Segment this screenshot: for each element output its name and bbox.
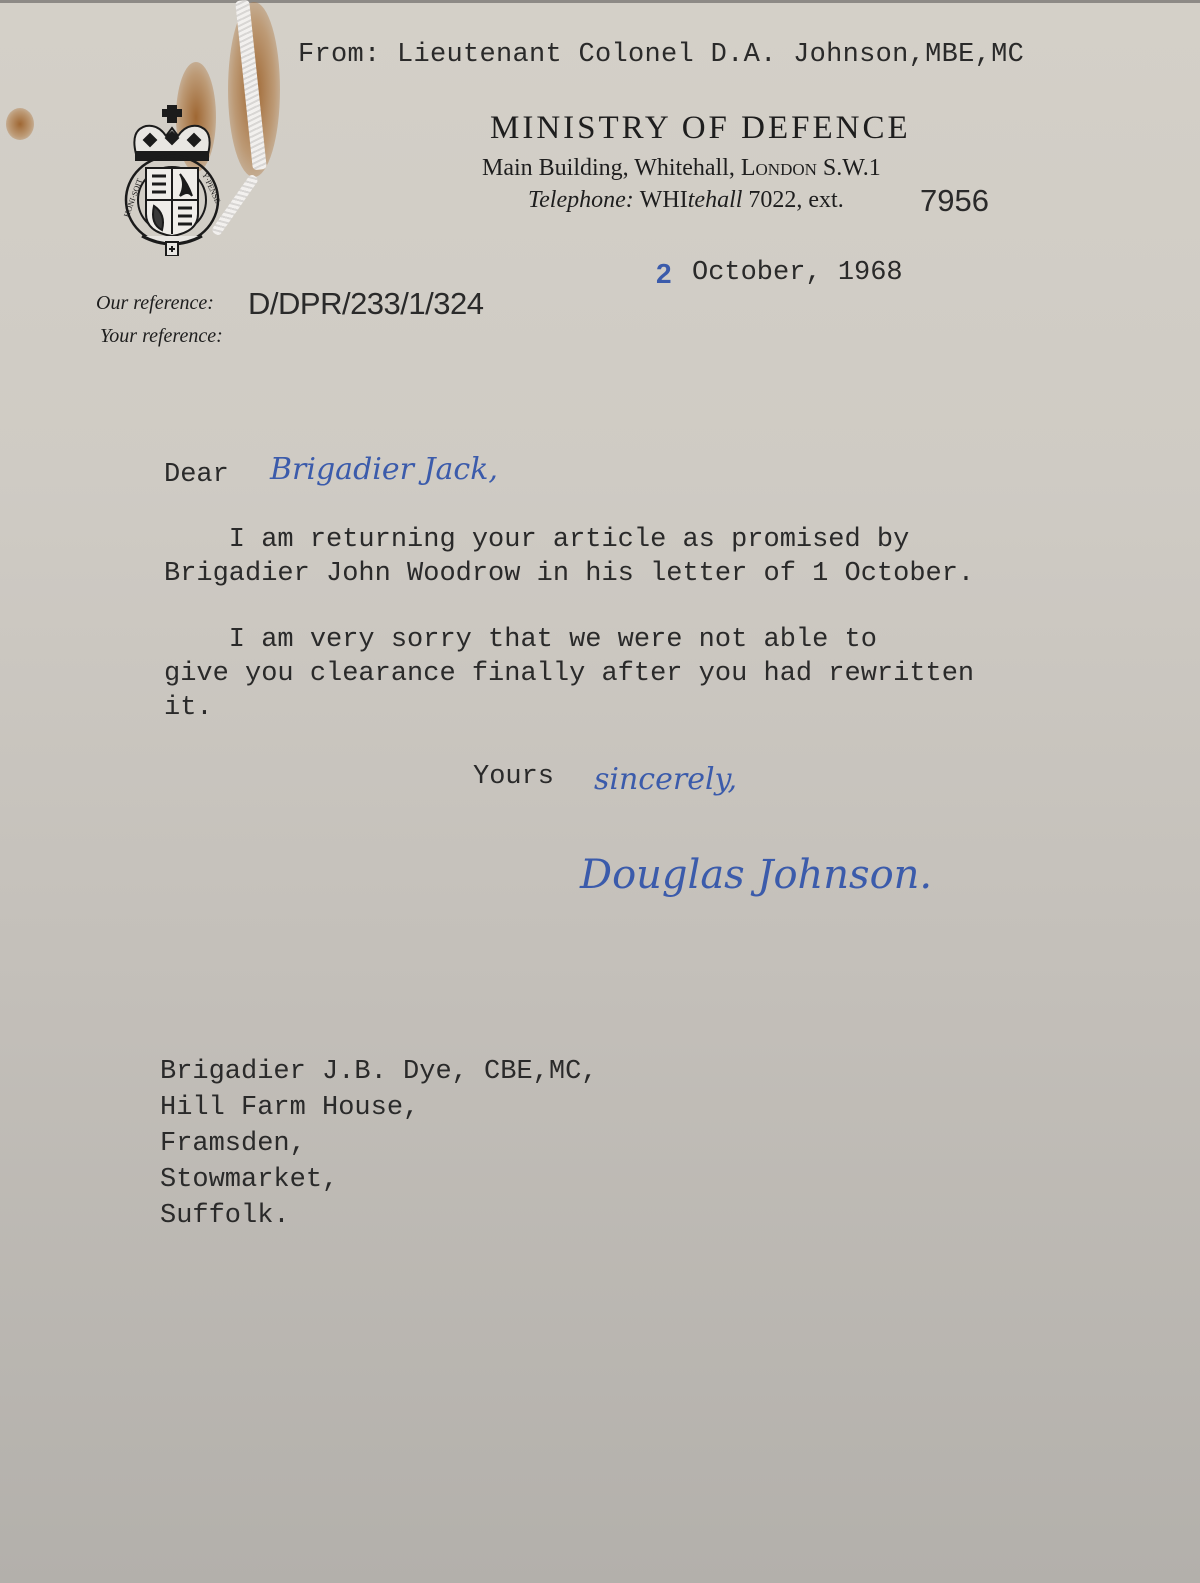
body-paragraph: I am returning your article as promised … [164,523,974,591]
telephone-label: Telephone: [528,187,640,213]
addressee-line: Hill Farm House, [160,1090,597,1126]
date-day-handwritten: 2 [656,258,672,290]
signature: Douglas Johnson. [580,852,932,898]
our-reference-label: Our reference: [96,292,214,315]
letter-page: HONI·SOIT Y·PENSE From: Lieutenant Colon… [0,0,1200,1583]
address-street: Main Building, Whitehall, [482,155,741,181]
telephone-exchange-caps: WHI [640,187,688,213]
sender-line: From: Lieutenant Colonel D.A. Johnson,MB… [298,40,1024,70]
address-city: London [741,155,817,181]
address-postcode: S.W.1 [817,155,881,181]
letterhead-address: Main Building, Whitehall, London S.W.1 [482,155,881,182]
organisation-name: MINISTRY OF DEFENCE [490,110,911,147]
addressee-line: Suffolk. [160,1198,597,1234]
body-paragraph: I am very sorry that we were not able to… [164,623,974,725]
addressee-line: Brigadier J.B. Dye, CBE,MC, [160,1054,597,1090]
paper-edge [0,0,1200,3]
salutation-typed: Dear [164,460,229,490]
closing-handwritten: sincerely, [594,762,737,797]
rust-stain [6,108,34,140]
date-text: October, 1968 [692,258,903,288]
our-reference-value: D/DPR/233/1/324 [248,286,483,322]
royal-coat-of-arms-icon: HONI·SOIT Y·PENSE [122,104,222,256]
telephone-exchange-rest: tehall [688,187,743,213]
letterhead-telephone: Telephone: WHItehall 7022, ext. [528,187,844,214]
telephone-extension: 7956 [920,183,989,219]
addressee-line: Stowmarket, [160,1162,597,1198]
telephone-number: 7022, ext. [742,187,843,213]
your-reference-label: Your reference: [100,325,223,348]
salutation-handwritten: Brigadier Jack, [270,452,498,487]
addressee-block: Brigadier J.B. Dye, CBE,MC, Hill Farm Ho… [160,1054,597,1234]
closing-typed: Yours [473,762,554,792]
addressee-line: Framsden, [160,1126,597,1162]
